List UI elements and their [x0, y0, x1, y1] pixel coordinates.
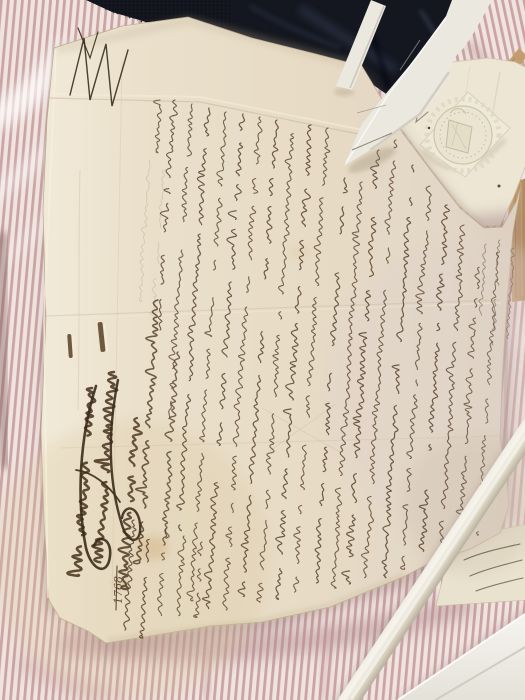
year-text-group: 1768 [112, 576, 125, 604]
year-text: 1768 [112, 576, 125, 604]
photo-of-letter: 1768 [0, 0, 525, 700]
